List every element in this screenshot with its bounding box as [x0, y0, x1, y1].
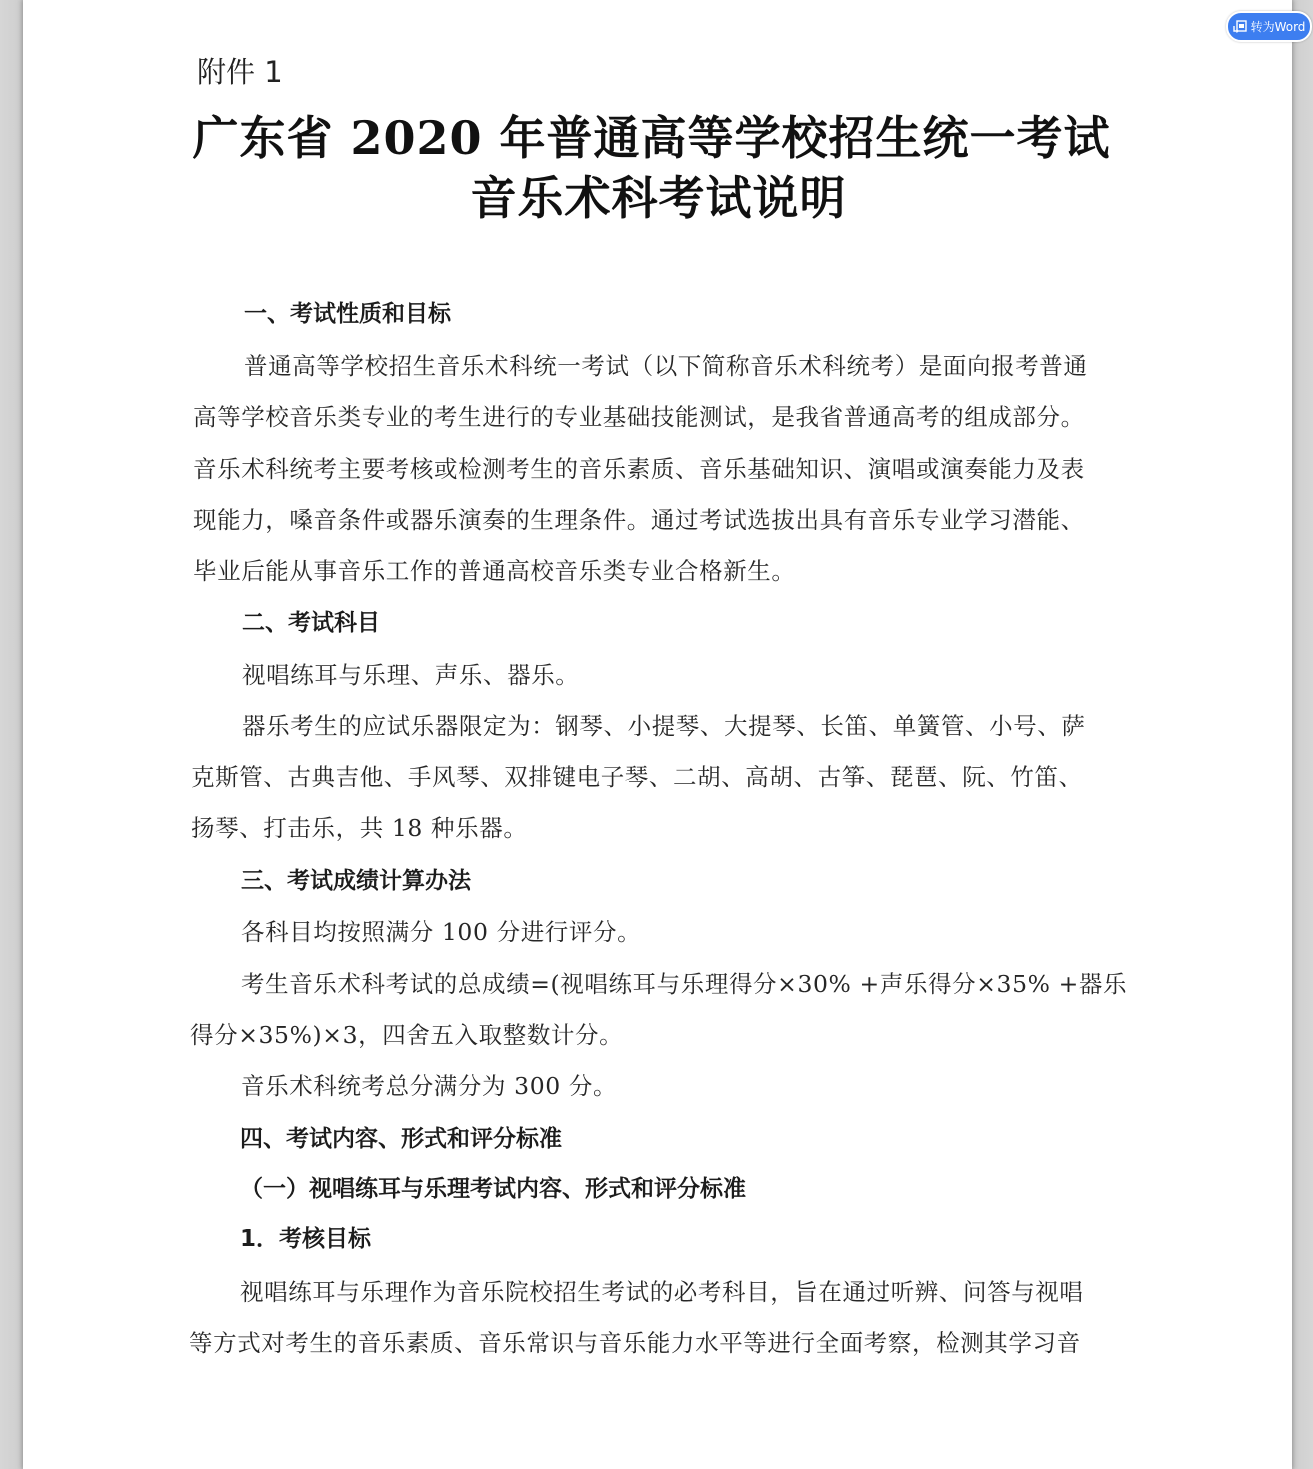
paragraph-line: 视唱练耳与乐理作为音乐院校招生考试的必考科目，旨在通过听辨、问答与视唱 [240, 1273, 1084, 1307]
section-heading-4: 四、考试内容、形式和评分标准 [240, 1120, 562, 1153]
document-title-line-2: 音乐术科考试说明 [24, 162, 1293, 228]
section-heading-1: 一、考试性质和目标 [244, 295, 451, 328]
subsection-heading: （一）视唱练耳与乐理考试内容、形式和评分标准 [240, 1170, 746, 1203]
document-title-line-1: 广东省 2020 年普通高等学校招生统一考试 [17, 102, 1286, 168]
paragraph-line: 等方式对考生的音乐素质、音乐常识与音乐能力水平等进行全面考察，检测其学习音 [189, 1324, 1081, 1358]
paragraph-line: 器乐考生的应试乐器限定为：钢琴、小提琴、大提琴、长笛、单簧管、小号、萨 [242, 707, 1086, 741]
paragraph-line: 考生音乐术科考试的总成绩=(视唱练耳与乐理得分×30% +声乐得分×35% +器… [241, 965, 1127, 999]
convert-to-word-button[interactable]: 转为Word [1226, 11, 1312, 42]
paragraph-line: 各科目均按照满分 100 分进行评分。 [241, 913, 641, 947]
paragraph-line: 普通高等学校招生音乐术科统一考试（以下简称音乐术科统考）是面向报考普通 [244, 347, 1088, 381]
section-heading-2: 二、考试科目 [242, 604, 380, 637]
section-heading-3: 三、考试成绩计算办法 [241, 862, 471, 895]
paragraph-line: 毕业后能从事音乐工作的普通高校音乐类专业合格新生。 [193, 552, 796, 586]
paragraph-line: 现能力，嗓音条件或器乐演奏的生理条件。通过考试选拔出具有音乐专业学习潜能、 [193, 501, 1085, 535]
paragraph-line: 音乐术科统考主要考核或检测考生的音乐素质、音乐基础知识、演唱或演奏能力及表 [193, 450, 1085, 484]
paragraph-line: 克斯管、古典吉他、手风琴、双排键电子琴、二胡、高胡、古筝、琵琶、阮、竹笛、 [191, 758, 1083, 792]
paragraph-line: 得分×35%)×3，四舍五入取整数计分。 [190, 1016, 623, 1050]
paragraph-line: 扬琴、打击乐，共 18 种乐器。 [191, 809, 527, 843]
convert-to-word-label: 转为Word [1251, 18, 1306, 35]
paragraph-line: 音乐术科统考总分满分为 300 分。 [241, 1067, 617, 1101]
document-convert-icon [1233, 20, 1247, 33]
pdf-page: 附件 1 广东省 2020 年普通高等学校招生统一考试 音乐术科考试说明 一、考… [23, 0, 1292, 1469]
paragraph-line: 视唱练耳与乐理、声乐、器乐。 [242, 656, 579, 690]
paragraph-line: 高等学校音乐类专业的考生进行的专业基础技能测试，是我省普通高考的组成部分。 [193, 398, 1085, 432]
attachment-label: 附件 1 [197, 50, 283, 91]
document-viewer: 附件 1 广东省 2020 年普通高等学校招生统一考试 音乐术科考试说明 一、考… [0, 0, 1313, 1469]
item-heading: 1．考核目标 [240, 1220, 371, 1253]
